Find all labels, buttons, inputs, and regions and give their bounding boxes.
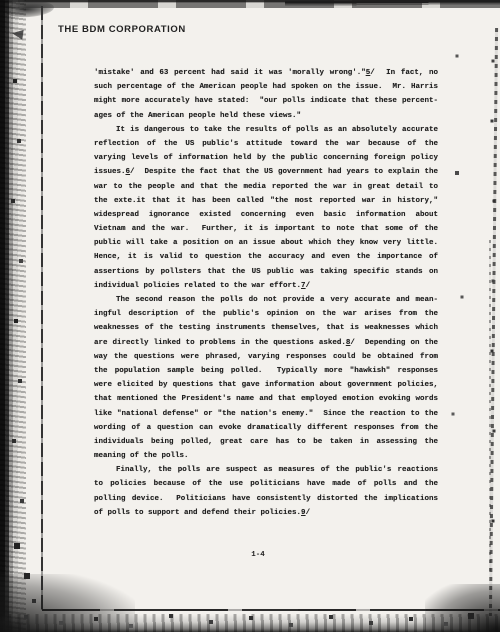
- text-line: war to the people and that the media rep…: [94, 180, 438, 194]
- text-segment: war to the people and that the media rep…: [94, 183, 438, 191]
- text-line: to policies because of the use politicia…: [94, 477, 438, 491]
- text-segment: such percentage of the American people h…: [94, 83, 438, 91]
- text-line: individual policies related to the war e…: [94, 279, 438, 293]
- scanned-document-page: THE BDM CORPORATION 'mistake' and 63 per…: [0, 0, 500, 632]
- text-line: issues.6/ Despite the fact that the US g…: [94, 165, 438, 179]
- text-line: 'mistake' and 63 percent had said it was…: [94, 66, 438, 80]
- text-segment: /: [306, 509, 311, 517]
- text-line: ingful description of the public's opini…: [94, 307, 438, 321]
- text-segment: 'mistake' and 63 percent had said it was…: [94, 69, 366, 77]
- text-line: might more accurately have stated: "our …: [94, 94, 438, 108]
- text-segment: widespread ignorance existed concerning …: [94, 211, 438, 219]
- scan-bleedthrough-right-edge-2: [489, 240, 491, 572]
- scan-smudge-bottom-right: [425, 584, 500, 632]
- scan-noise-left-edge: [0, 0, 26, 632]
- text-segment: the population sample being polled. Typi…: [94, 367, 438, 375]
- text-segment: way the questions were phrased, varying …: [94, 353, 438, 361]
- text-segment: / Depending on the: [350, 339, 438, 347]
- text-segment: that mentioned the President's name and …: [94, 395, 438, 403]
- text-segment: Hence, it is valid to question the accur…: [94, 253, 438, 261]
- text-line: wording of a question can evoke dramatic…: [94, 421, 438, 435]
- text-segment: individual policies related to the war e…: [94, 282, 301, 290]
- text-line: varying levels of information held by th…: [94, 151, 438, 165]
- text-line: like "national defense" or "the nation's…: [94, 407, 438, 421]
- text-line: the exte.it that it has been called "the…: [94, 194, 438, 208]
- text-line: meaning of the polls.: [94, 449, 438, 463]
- text-segment: are directly linked to problems in the q…: [94, 339, 346, 347]
- text-line: Finally, the polls are suspect as measur…: [94, 463, 438, 477]
- text-segment: The second reason the polls do not provi…: [116, 296, 438, 304]
- text-segment: the exte.it that it has been called "the…: [94, 197, 438, 205]
- text-line: It is dangerous to take the results of p…: [94, 123, 438, 137]
- text-segment: / Despite the fact that the US governmen…: [130, 168, 438, 176]
- text-line: Hence, it is valid to question the accur…: [94, 250, 438, 264]
- text-line: of polls to support and defend their pol…: [94, 506, 438, 520]
- text-segment: like "national defense" or "the nation's…: [94, 410, 438, 418]
- text-line: ages of the American people held these v…: [94, 109, 438, 123]
- text-line: were elicited by questions that gave inf…: [94, 378, 438, 392]
- document-body: 'mistake' and 63 percent had said it was…: [94, 66, 438, 520]
- text-segment: meaning of the polls.: [94, 452, 189, 460]
- text-line: way the questions were phrased, varying …: [94, 350, 438, 364]
- scan-speckles: [0, 0, 2, 2]
- scan-noise-bottom-edge: [0, 614, 500, 632]
- letterhead-title: THE BDM CORPORATION: [58, 24, 186, 35]
- text-segment: assertions by pollsters that the US publ…: [94, 268, 438, 276]
- text-line: assertions by pollsters that the US publ…: [94, 265, 438, 279]
- text-line: weaknesses of the testing instruments th…: [94, 321, 438, 335]
- scan-arrow-mark: [11, 28, 23, 39]
- text-segment: / In fact, no: [370, 69, 438, 77]
- scan-smudge-top-left: [4, 0, 55, 19]
- text-line: that mentioned the President's name and …: [94, 392, 438, 406]
- page-number: 1-4: [236, 551, 280, 559]
- text-line: such percentage of the American people h…: [94, 80, 438, 94]
- text-segment: ages of the American people held these v…: [94, 112, 301, 120]
- text-line: widespread ignorance existed concerning …: [94, 208, 438, 222]
- text-segment: public will take a position on an issue …: [94, 239, 438, 247]
- text-segment: It is dangerous to take the results of p…: [116, 126, 438, 134]
- text-segment: Finally, the polls are suspect as measur…: [116, 466, 438, 474]
- text-line: individuals being polled, great care has…: [94, 435, 438, 449]
- text-line: are directly linked to problems in the q…: [94, 336, 438, 350]
- page-frame-line-bottom: [42, 609, 500, 611]
- text-segment: wording of a question can evoke dramatic…: [94, 424, 438, 432]
- page-frame-line-left: [41, 6, 43, 610]
- text-line: public will take a position on an issue …: [94, 236, 438, 250]
- text-segment: of polls to support and defend their pol…: [94, 509, 301, 517]
- text-segment: polling device. Politicians have consist…: [94, 495, 438, 503]
- text-segment: varying levels of information held by th…: [94, 154, 438, 162]
- scan-noise-top-right: [285, 0, 500, 7]
- text-line: The second reason the polls do not provi…: [94, 293, 438, 307]
- text-segment: were elicited by questions that gave inf…: [94, 381, 438, 389]
- text-line: Vietnam and the war. Further, it is impo…: [94, 222, 438, 236]
- text-segment: to policies because of the use politicia…: [94, 480, 438, 488]
- scan-noise-top-edge: [0, 0, 500, 8]
- text-line: the population sample being polled. Typi…: [94, 364, 438, 378]
- text-line: polling device. Politicians have consist…: [94, 492, 438, 506]
- scan-smudge-bottom-left: [0, 574, 135, 632]
- text-segment: Vietnam and the war. Further, it is impo…: [94, 225, 438, 233]
- text-segment: reflection of the US public's attitude t…: [94, 140, 438, 148]
- text-segment: issues.: [94, 168, 126, 176]
- scan-bleedthrough-right-edge: [489, 28, 498, 616]
- text-segment: individuals being polled, great care has…: [94, 438, 438, 446]
- text-segment: weaknesses of the testing instruments th…: [94, 324, 438, 332]
- text-segment: /: [306, 282, 311, 290]
- text-segment: ingful description of the public's opini…: [94, 310, 438, 318]
- text-line: reflection of the US public's attitude t…: [94, 137, 438, 151]
- text-segment: might more accurately have stated: "our …: [94, 97, 438, 105]
